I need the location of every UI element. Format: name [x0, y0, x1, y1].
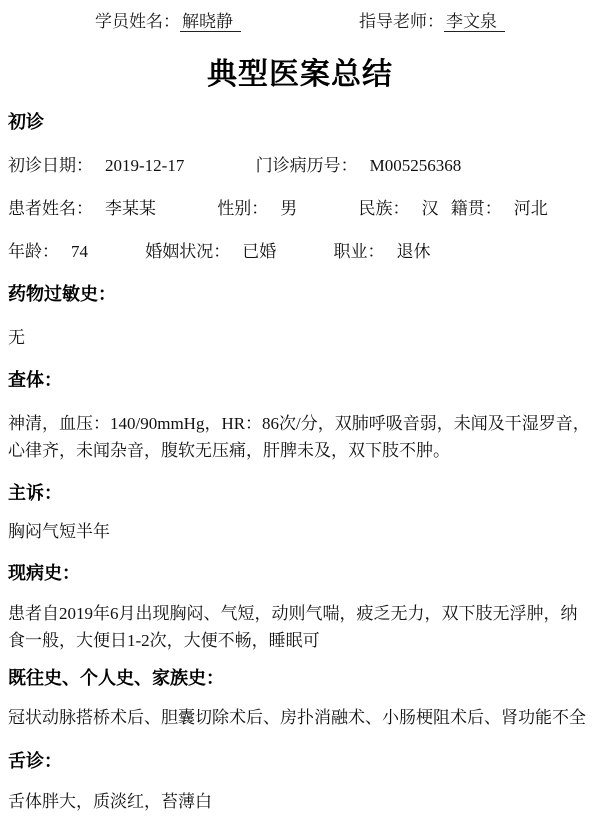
- medical-case-document: 学员姓名：解晓静 指导老师：李文泉 典型医案总结 初诊 初诊日期：2019-12…: [0, 0, 600, 835]
- field-row-visit-date: 初诊日期：2019-12-17 门诊病历号：M005256368: [8, 152, 592, 179]
- section-heading-present-illness: 现病史：: [8, 560, 592, 587]
- field-patient-name: 患者姓名：李某某: [8, 195, 156, 222]
- field-row-patient-status: 年龄：74 婚姻状况：已婚 职业：退休: [8, 238, 592, 265]
- occupation-label: 职业：: [334, 242, 385, 261]
- section-heading-tongue-diagnosis: 舌诊：: [8, 748, 592, 775]
- patient-name-label: 患者姓名：: [8, 199, 93, 218]
- field-ethnicity: 民族：汉: [359, 195, 439, 222]
- marital-status-value: 已婚: [242, 242, 276, 261]
- section-heading-drug-allergy: 药物过敏史：: [8, 281, 592, 308]
- occupation-value: 退休: [397, 242, 431, 261]
- gender-value: 男: [280, 199, 297, 218]
- section-body-drug-allergy: 无: [8, 324, 592, 351]
- section-heading-first-visit: 初诊: [8, 109, 592, 136]
- section-body-chief-complaint: 胸闷气短半年: [8, 518, 592, 545]
- section-heading-physical-exam: 查体：: [8, 367, 592, 394]
- age-label: 年龄：: [8, 242, 59, 261]
- teacher-name-group: 指导老师：李文泉: [359, 8, 505, 35]
- section-heading-past-history: 既往史、个人史、家族史：: [8, 665, 592, 692]
- gender-label: 性别：: [217, 199, 268, 218]
- section-heading-chief-complaint: 主诉：: [8, 480, 592, 507]
- section-body-past-history: 冠状动脉搭桥术后、胆囊切除术后、房扑消融术、小肠梗阻术后、肾功能不全: [8, 704, 592, 731]
- marital-status-label: 婚姻状况：: [145, 242, 230, 261]
- field-native-place: 籍贯：河北: [451, 195, 548, 222]
- record-number-label: 门诊病历号：: [256, 156, 358, 175]
- patient-name-value: 李某某: [105, 199, 156, 218]
- teacher-name-value: 李文泉: [444, 12, 505, 32]
- document-header: 学员姓名：解晓静 指导老师：李文泉: [8, 8, 592, 35]
- student-name-group: 学员姓名：解晓静: [95, 8, 241, 35]
- field-occupation: 职业：退休: [334, 238, 431, 265]
- section-body-physical-exam: 神清，血压：140/90mmHg，HR：86次/分，双肺呼吸音弱，未闻及干湿罗音…: [8, 410, 592, 464]
- field-visit-date: 初诊日期：2019-12-17: [8, 152, 184, 179]
- document-title: 典型医案总结: [8, 57, 592, 93]
- ethnicity-value: 汉: [422, 199, 439, 218]
- visit-date-value: 2019-12-17: [105, 156, 184, 175]
- student-name-label: 学员姓名：: [95, 12, 180, 31]
- ethnicity-label: 民族：: [359, 199, 410, 218]
- student-name-value: 解晓静: [180, 12, 241, 32]
- native-place-value: 河北: [514, 199, 548, 218]
- field-gender: 性别：男: [217, 195, 297, 222]
- native-place-label: 籍贯：: [451, 199, 502, 218]
- field-record-number: 门诊病历号：M005256368: [256, 152, 462, 179]
- field-row-patient-identity: 患者姓名：李某某 性别：男 民族：汉 籍贯：河北: [8, 195, 592, 222]
- visit-date-label: 初诊日期：: [8, 156, 93, 175]
- section-body-present-illness: 患者自2019年6月出现胸闷、气短，动则气喘，疲乏无力，双下肢无浮肿，纳食一般，…: [8, 600, 592, 654]
- field-age: 年龄：74: [8, 238, 88, 265]
- section-body-tongue-diagnosis: 舌体胖大，质淡红，苔薄白: [8, 788, 592, 815]
- field-marital-status: 婚姻状况：已婚: [145, 238, 276, 265]
- age-value: 74: [71, 242, 88, 261]
- teacher-name-label: 指导老师：: [359, 12, 444, 31]
- record-number-value: M005256368: [370, 156, 462, 175]
